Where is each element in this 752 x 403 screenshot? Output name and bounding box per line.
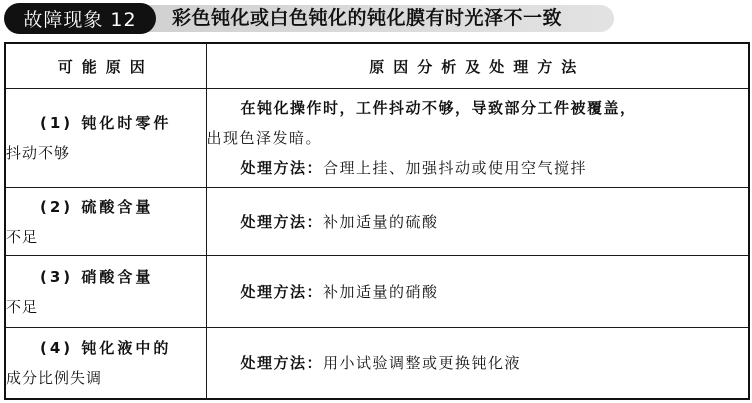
fault-table: 可能原因 原因分析及处理方法 (1) 钝化时零件 抖动不够 在钝化操作时，工件抖… [4, 42, 750, 400]
table-header-row: 可能原因 原因分析及处理方法 [5, 43, 749, 89]
cause-cell: (4) 钝化液中的 成分比例失调 [5, 328, 206, 399]
table-row: (1) 钝化时零件 抖动不够 在钝化操作时，工件抖动不够，导致部分工件被覆盖， … [5, 89, 749, 188]
header-possible-cause: 可能原因 [5, 43, 206, 89]
cause-line-1: (1) 钝化时零件 [6, 108, 206, 138]
method-text: 补加适量的硫酸 [323, 213, 439, 231]
table-row: (2) 硫酸含量 不足 处理方法：补加适量的硫酸 [5, 188, 749, 256]
cause-line-1: (2) 硫酸含量 [6, 192, 206, 222]
method-label: 处理方法： [241, 213, 324, 231]
method-label: 处理方法： [241, 283, 324, 301]
method-text: 合理上挂、加强抖动或使用空气搅拌 [323, 159, 587, 177]
analysis-cell: 在钝化操作时，工件抖动不够，导致部分工件被覆盖， 出现色泽发暗。 处理方法：合理… [206, 89, 749, 188]
fault-banner: 故障现象 12 彩色钝化或白色钝化的钝化膜有时光泽不一致 [4, 3, 614, 33]
cause-cell: (3) 硝酸含量 不足 [5, 256, 206, 328]
cause-line-1: (3) 硝酸含量 [6, 262, 206, 292]
method-line: 处理方法：合理上挂、加强抖动或使用空气搅拌 [207, 153, 749, 183]
method-label: 处理方法： [241, 354, 324, 372]
cause-line-2: 成分比例失调 [6, 363, 206, 393]
method-label: 处理方法： [241, 159, 324, 177]
method-line: 处理方法：补加适量的硝酸 [207, 277, 749, 307]
fault-tag: 故障现象 12 [4, 3, 156, 34]
cause-cell: (2) 硫酸含量 不足 [5, 188, 206, 256]
method-line: 处理方法：补加适量的硫酸 [207, 207, 749, 237]
table-row: (4) 钝化液中的 成分比例失调 处理方法：用小试验调整或更换钝化液 [5, 328, 749, 399]
header-analysis-method: 原因分析及处理方法 [206, 43, 749, 89]
analysis-cell: 处理方法：用小试验调整或更换钝化液 [206, 328, 749, 399]
analysis-cell: 处理方法：补加适量的硝酸 [206, 256, 749, 328]
method-text: 用小试验调整或更换钝化液 [323, 354, 521, 372]
cause-cell: (1) 钝化时零件 抖动不够 [5, 89, 206, 188]
analysis-line-1: 在钝化操作时，工件抖动不够，导致部分工件被覆盖， [207, 93, 749, 123]
fault-title: 彩色钝化或白色钝化的钝化膜有时光泽不一致 [172, 4, 562, 33]
cause-line-1: (4) 钝化液中的 [6, 333, 206, 363]
analysis-line-2: 出现色泽发暗。 [207, 123, 749, 153]
table-row: (3) 硝酸含量 不足 处理方法：补加适量的硝酸 [5, 256, 749, 328]
method-line: 处理方法：用小试验调整或更换钝化液 [207, 348, 749, 378]
method-text: 补加适量的硝酸 [323, 283, 439, 301]
cause-line-2: 抖动不够 [6, 138, 206, 168]
cause-line-2: 不足 [6, 222, 206, 252]
analysis-cell: 处理方法：补加适量的硫酸 [206, 188, 749, 256]
cause-line-2: 不足 [6, 292, 206, 322]
